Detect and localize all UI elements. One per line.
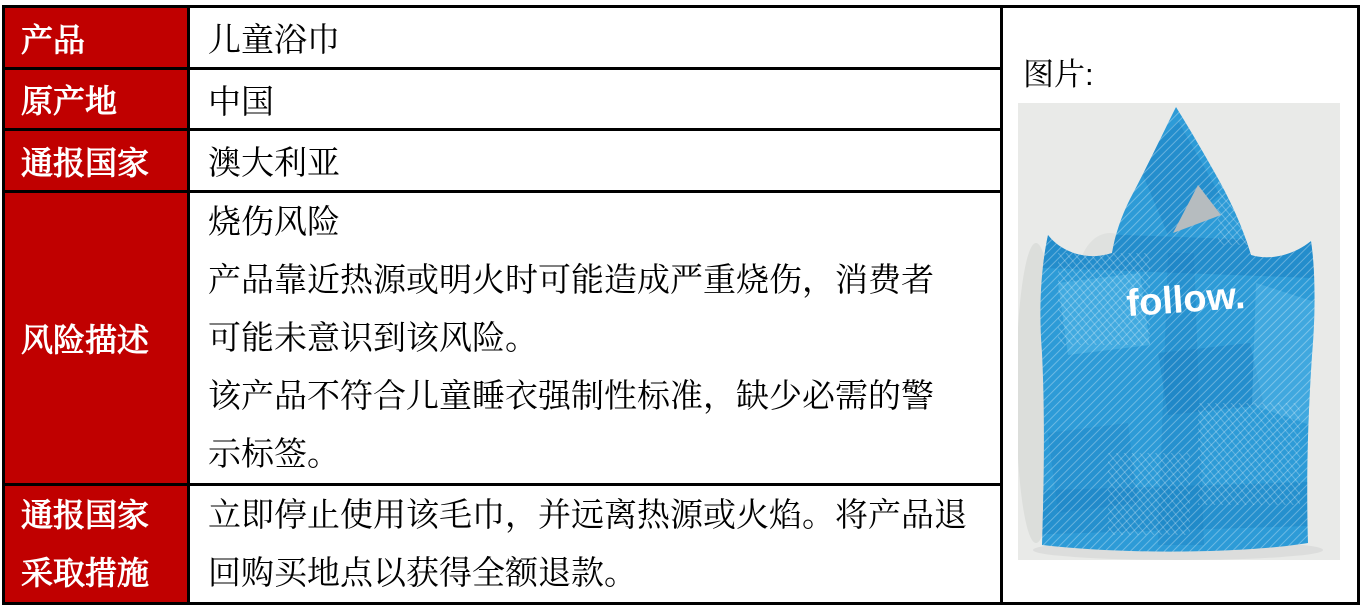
label-notifying-country: 通报国家 <box>21 145 149 181</box>
label-product: 产品 <box>21 22 85 58</box>
label-cell-product: 产品 <box>4 7 189 69</box>
label-cell-notifying-country: 通报国家 <box>4 130 189 192</box>
image-caption: 图片: <box>1023 55 1357 95</box>
label-origin: 原产地 <box>21 83 117 119</box>
label-cell-measures: 通报国家 采取措施 <box>4 485 189 604</box>
product-photo: follow. <box>1018 103 1340 560</box>
label-measures-line-1: 通报国家 <box>21 486 183 544</box>
value-cell-notifying-country: 澳大利亚 <box>189 130 1002 192</box>
value-cell-origin: 中国 <box>189 69 1002 130</box>
measures-line-2: 回购买地点以获得全额退款。 <box>208 544 996 602</box>
image-panel: 图片: <box>1002 7 1359 604</box>
recall-notice-sheet: 产品 儿童浴巾 图片: <box>0 0 1363 607</box>
risk-line-4: 该产品不符合儿童睡衣强制性标准，缺少必需的警 <box>208 367 996 425</box>
value-cell-product: 儿童浴巾 <box>189 7 1002 69</box>
risk-line-3: 可能未意识到该风险。 <box>208 309 996 367</box>
label-risk-description: 风险描述 <box>21 322 149 358</box>
value-product: 儿童浴巾 <box>208 21 340 58</box>
risk-line-2: 产品靠近热源或明火时可能造成严重烧伤，消费者 <box>208 251 996 309</box>
table-row-product: 产品 儿童浴巾 图片: <box>4 7 1359 69</box>
label-cell-origin: 原产地 <box>4 69 189 130</box>
value-cell-risk-description: 烧伤风险 产品靠近热源或明火时可能造成严重烧伤，消费者 可能未意识到该风险。 该… <box>189 192 1002 485</box>
measures-line-1: 立即停止使用该毛巾，并远离热源或火焰。将产品退 <box>208 486 996 544</box>
risk-line-1: 烧伤风险 <box>208 193 996 251</box>
risk-line-5: 示标签。 <box>208 425 996 483</box>
value-notifying-country: 澳大利亚 <box>208 144 340 181</box>
recall-table: 产品 儿童浴巾 图片: <box>2 5 1360 605</box>
label-measures-line-2: 采取措施 <box>21 544 183 602</box>
label-cell-risk-description: 风险描述 <box>4 192 189 485</box>
value-cell-measures: 立即停止使用该毛巾，并远离热源或火焰。将产品退 回购买地点以获得全额退款。 <box>189 485 1002 604</box>
photo-logo-text: follow. <box>1125 275 1247 325</box>
value-origin: 中国 <box>208 83 274 120</box>
